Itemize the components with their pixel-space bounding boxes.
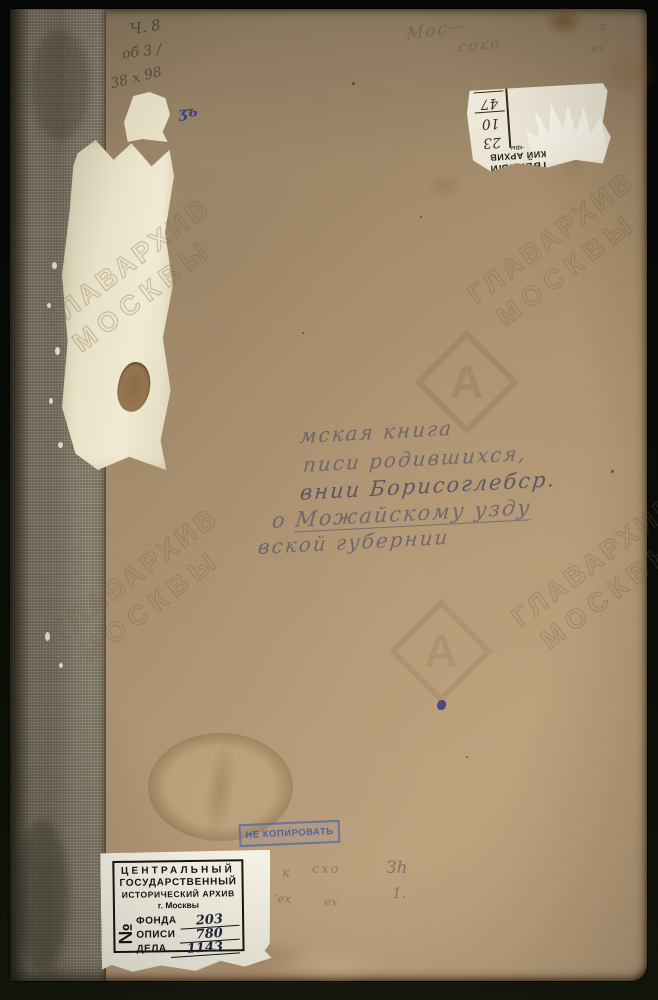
archive-label-title2: ГОСУДАРСТВЕННЫЙ <box>118 876 239 889</box>
no-copy-stamp: НЕ КОПИРОВАТЬ <box>239 820 341 847</box>
blue-ink-scribble: ӡъ <box>177 102 199 123</box>
paint-speck <box>47 303 51 308</box>
cloth-smudge <box>14 820 69 970</box>
paint-speck <box>49 398 53 404</box>
number-sign-glyph: № <box>116 923 138 944</box>
delo-row: ДЕЛА 1143 <box>136 939 239 954</box>
archive-label-title3: ИСТОРИЧЕСКИЙ АРХИВ <box>118 888 239 900</box>
sticker-number: 10 <box>475 110 506 132</box>
archive-label-frame: ЦЕНТРАЛЬНЫЙ ГОСУДАРСТВЕННЫЙ ИСТОРИЧЕСКИЙ… <box>112 859 244 953</box>
cloth-smudge <box>30 30 90 140</box>
paint-speck <box>52 262 57 269</box>
fond-label: ФОНДА <box>136 915 177 927</box>
paint-speck <box>45 632 50 641</box>
archive-label-title1: ЦЕНТРАЛЬНЫЙ <box>117 864 238 877</box>
speck <box>352 82 355 85</box>
watermark-logo-letter: А <box>450 355 483 409</box>
archive-label-rows: № ФОНДА 203 ОПИСИ 780 ДЕЛА 1143 <box>118 911 240 955</box>
delo-label: ДЕЛА <box>136 943 166 954</box>
speck <box>302 332 304 334</box>
paint-speck <box>55 347 60 355</box>
paint-speck <box>59 663 63 668</box>
paint-speck <box>58 442 63 448</box>
archive-label: ЦЕНТРАЛЬНЫЙ ГОСУДАРСТВЕННЫЙ ИСТОРИЧЕСКИЙ… <box>100 850 272 972</box>
sticker-number: 47 <box>473 90 504 112</box>
speck <box>466 756 468 758</box>
speck <box>611 470 614 473</box>
photo-of-archival-book-cover: Ч. 8 об 3 / 38 х 98 ӡъ Мос— соко а ех 47… <box>0 0 658 1000</box>
torn-archive-sticker: 47 10 23 ТВЕННЫЙ КИЙ АРХИВ -квы <box>465 81 612 173</box>
watermark-logo-letter: А <box>424 624 457 678</box>
opis-label: ОПИСИ <box>136 929 175 941</box>
torn-paper-strip <box>62 140 174 470</box>
fond-row: ФОНДА 203 <box>136 911 239 926</box>
number-sign: № <box>118 913 137 955</box>
speck <box>420 216 422 218</box>
archive-label-title4: г. Москвы <box>118 899 239 911</box>
